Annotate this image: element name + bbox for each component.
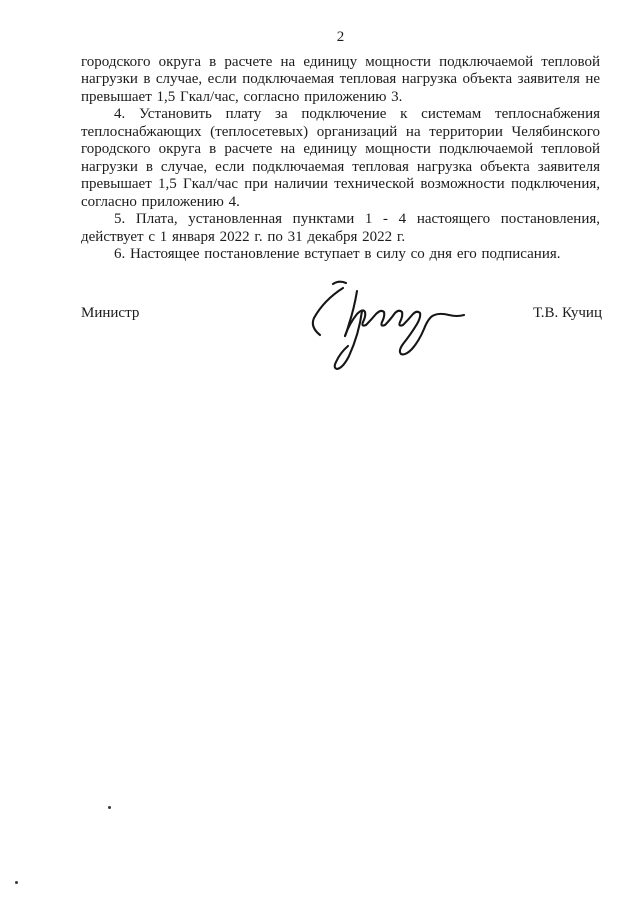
scanned-document-page: 2 городского округа в расчете на единицу…	[0, 0, 640, 905]
body-paragraph-item-4: 4. Установить плату за подключение к сис…	[81, 106, 600, 211]
document-body: 2 городского округа в расчете на единицу…	[81, 29, 600, 264]
scan-speck	[108, 806, 111, 809]
signer-name: Т.В. Кучиц	[533, 305, 602, 323]
signer-role-label: Министр	[81, 305, 139, 323]
body-paragraph-item-5: 5. Плата, установленная пунктами 1 - 4 н…	[81, 211, 600, 246]
handwritten-signature-icon	[299, 274, 471, 380]
body-paragraph-continuation: городского округа в расчете на единицу м…	[81, 54, 600, 107]
body-paragraph-item-6: 6. Настоящее постановление вступает в си…	[81, 246, 600, 264]
page-number: 2	[81, 29, 600, 47]
scan-speck	[15, 881, 18, 884]
